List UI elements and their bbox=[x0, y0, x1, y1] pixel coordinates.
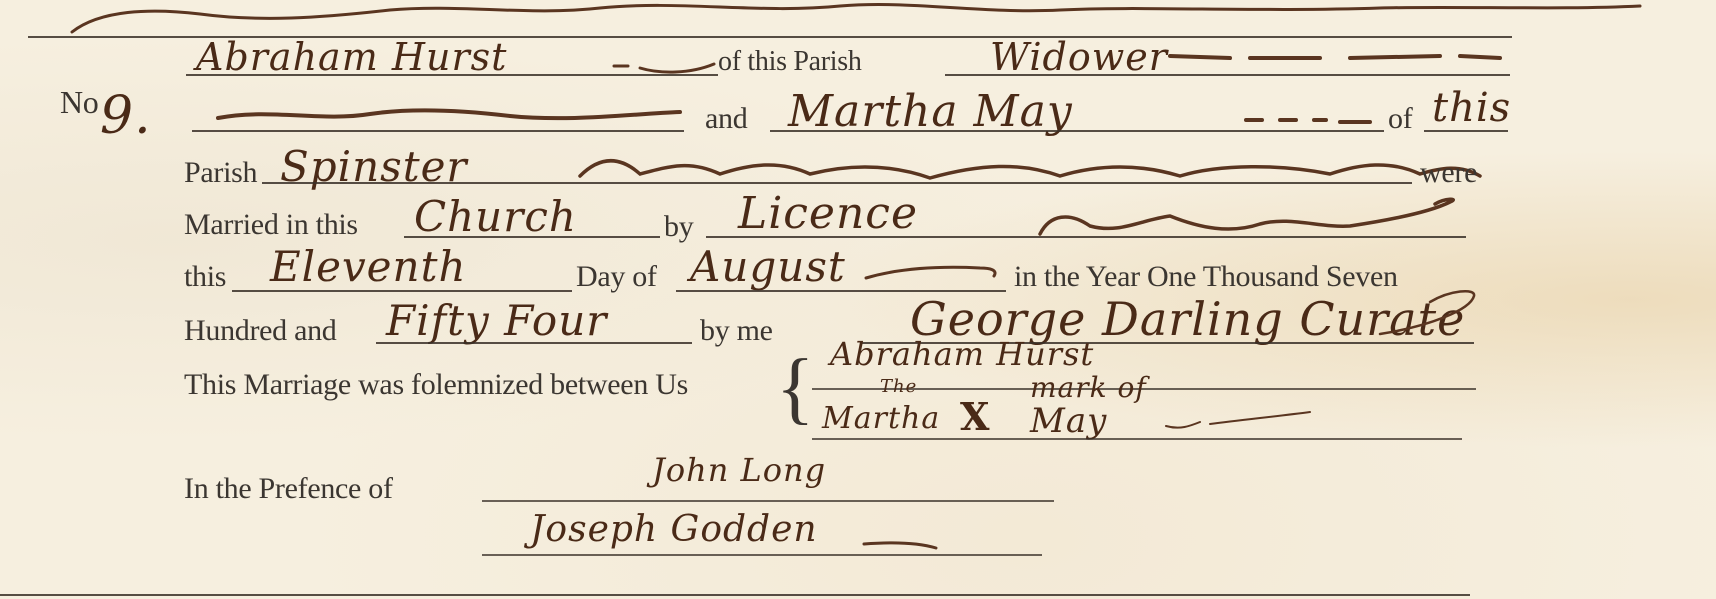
entry-number: 9. bbox=[100, 90, 152, 142]
bride-signature-flourish bbox=[1160, 396, 1320, 436]
line5-rule-left bbox=[232, 290, 572, 292]
line4-rule-right bbox=[706, 236, 1466, 238]
printed-hundred-and: Hundred and bbox=[184, 316, 337, 346]
printed-of-this-parish: of this Parish bbox=[718, 48, 862, 76]
top-flourish bbox=[60, 0, 1660, 40]
line2-dashes bbox=[1240, 110, 1380, 130]
bride-of-this: this bbox=[1432, 88, 1511, 128]
printed-solemnized: This Marriage was folemnized between Us bbox=[184, 370, 688, 400]
mark-annotation-left: The bbox=[880, 378, 917, 396]
printed-day-of: Day of bbox=[576, 262, 657, 292]
printed-married-in-this: Married in this bbox=[184, 210, 358, 240]
line3-rule bbox=[262, 182, 1412, 184]
line2-rule-mid bbox=[770, 130, 1384, 132]
line1-rule-right bbox=[945, 74, 1510, 76]
signature-groom: Abraham Hurst bbox=[830, 338, 1094, 370]
line4-rule-left bbox=[404, 236, 660, 238]
printed-year-prefix: in the Year One Thousand Seven bbox=[1014, 262, 1398, 292]
line2-rule-left bbox=[192, 130, 684, 132]
mark-symbol: X bbox=[960, 398, 990, 436]
bride-name: Martha May bbox=[788, 90, 1073, 134]
line5-flourish bbox=[860, 258, 1010, 288]
line3-wave-flourish bbox=[560, 150, 1550, 190]
signature-bride-last: May bbox=[1030, 404, 1107, 438]
printed-presence: In the Prefence of bbox=[184, 474, 393, 504]
witness-1: John Long bbox=[652, 454, 826, 486]
printed-by: by bbox=[664, 212, 693, 242]
printed-and: and bbox=[705, 104, 747, 134]
method: Licence bbox=[738, 192, 918, 236]
groom-condition: Widower bbox=[990, 38, 1168, 76]
marriage-register-page: No 9. Abraham Hurst of this Parish Widow… bbox=[0, 0, 1716, 599]
bottom-rule bbox=[0, 594, 1470, 596]
signature-brace: { bbox=[776, 348, 814, 428]
line1-rule-left bbox=[186, 74, 718, 76]
witness-2: Joseph Godden bbox=[530, 512, 818, 548]
officiant-flourish bbox=[1370, 286, 1490, 346]
line7-rule-bottom bbox=[812, 438, 1462, 440]
entry-number-label: No bbox=[60, 86, 99, 118]
year-suffix: Fifty Four bbox=[386, 300, 607, 342]
line8-rule-bottom bbox=[482, 554, 1042, 556]
line1-dashes bbox=[1160, 48, 1510, 68]
line6-rule-left bbox=[376, 342, 692, 344]
witness-2-flourish bbox=[860, 536, 940, 556]
signature-bride-first: Martha bbox=[822, 404, 940, 434]
mark-annotation-right: mark of bbox=[1030, 374, 1147, 402]
line2-rule-right bbox=[1424, 130, 1508, 132]
line2-flourish bbox=[210, 100, 690, 130]
printed-by-me: by me bbox=[700, 316, 773, 346]
place: Church bbox=[414, 196, 577, 238]
printed-of: of bbox=[1388, 104, 1412, 134]
groom-name: Abraham Hurst bbox=[196, 38, 507, 76]
line8-rule-top bbox=[482, 500, 1054, 502]
printed-were: were bbox=[1420, 158, 1477, 188]
printed-this: this bbox=[184, 262, 226, 292]
month: August bbox=[690, 246, 846, 288]
printed-parish: Parish bbox=[184, 158, 257, 188]
day: Eleventh bbox=[270, 246, 467, 288]
